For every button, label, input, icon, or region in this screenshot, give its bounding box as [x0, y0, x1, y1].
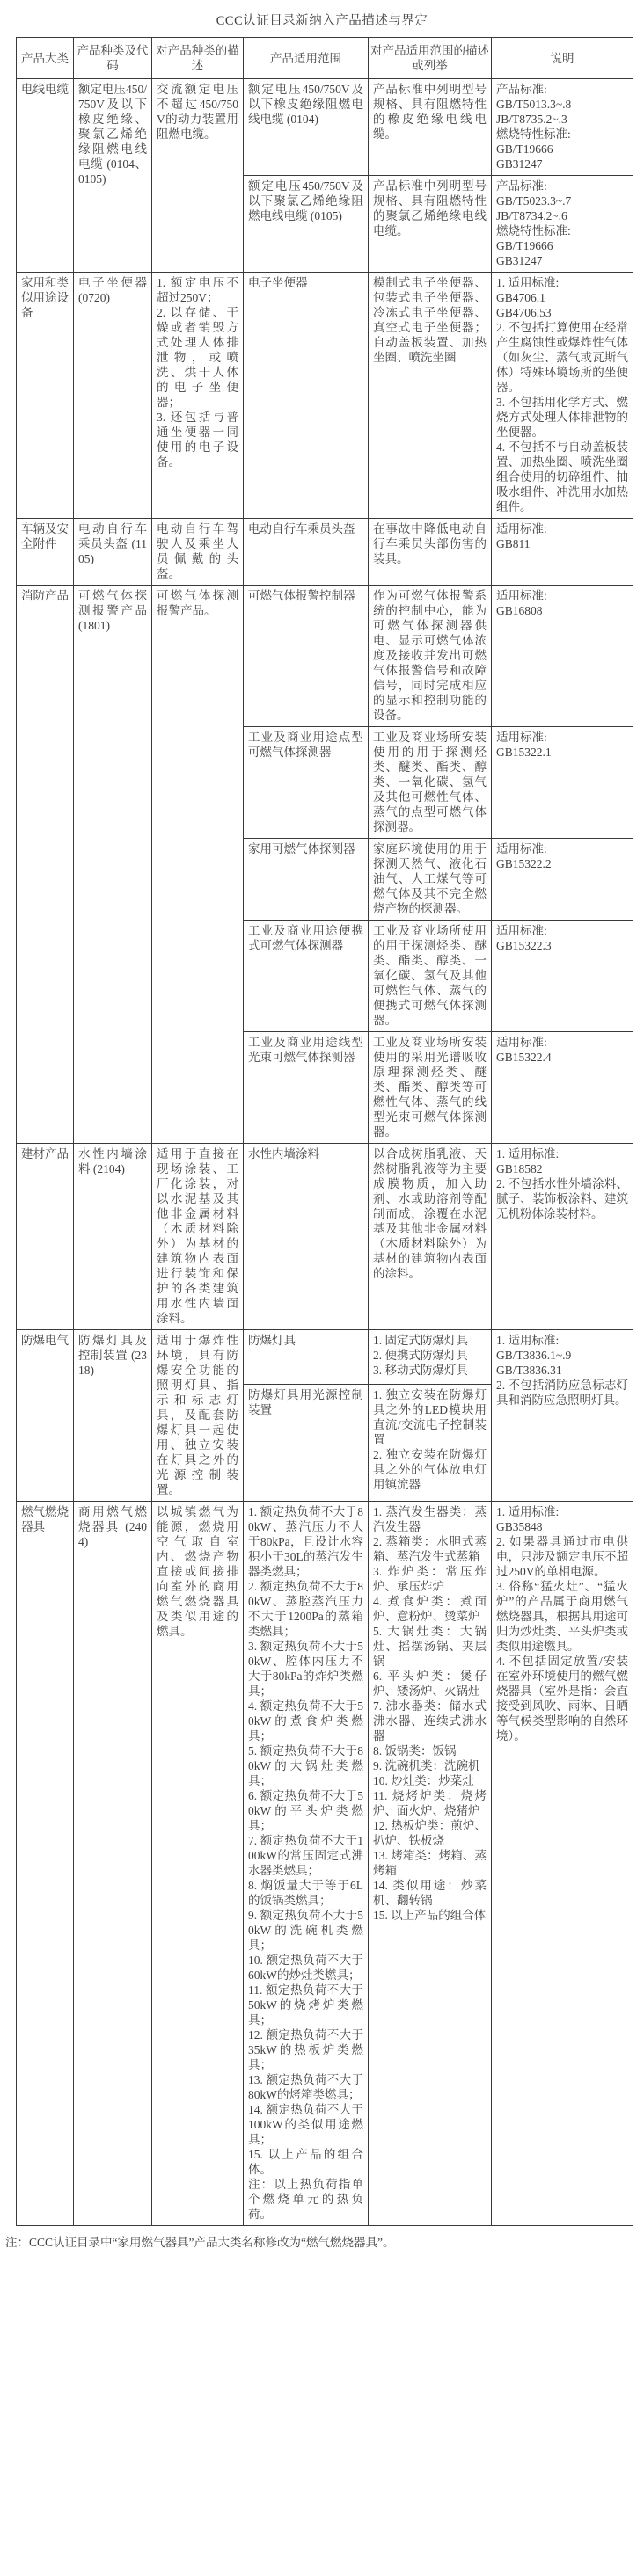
cell-kind-desc: 以城镇燃气为能源，燃烧用空气取自室内、燃烧产物直接或间接排向室外的商用燃气燃烧器… [152, 1502, 244, 2226]
cell-scope-desc: 家庭环境使用的用于探测天然气、液化石油气、人工煤气等可燃气体及其不完全燃烧产物的… [369, 839, 492, 921]
cell-scope: 工业及商业用途线型光束可燃气体探测器 [244, 1032, 369, 1144]
col-header-scope: 产品适用范围 [244, 38, 369, 79]
cell-scope: 电子坐便器 [244, 273, 369, 519]
cell-note: 1. 适用标准: GB35848 2. 如果器具通过市电供电，只涉及额定电压不超… [492, 1502, 633, 2226]
cell-note: 适用标准: GB811 [492, 519, 633, 586]
cell-note: 适用标准: GB15322.1 [492, 727, 633, 839]
cell-category: 燃气燃烧器具 [17, 1502, 74, 2226]
cell-scope-desc: 以合成树脂乳液、天然树脂乳液等为主要成膜物质，加入助剂、水或助溶剂等配制而成，涂… [369, 1144, 492, 1330]
col-header-scope-desc: 对产品适用范围的描述或列举 [369, 38, 492, 79]
cell-category: 电线电缆 [17, 79, 74, 273]
document-page: CCC认证目录新纳入产品描述与界定 产品大类 产品种类及代码 对产品种类的描述 … [0, 0, 644, 2250]
cell-scope-desc: 产品标准中列明型号规格、具有阻燃特性的橡皮绝缘电线电缆。 [369, 79, 492, 176]
col-header-category: 产品大类 [17, 38, 74, 79]
cell-scope-desc: 产品标准中列明型号规格、具有阻燃特性的聚氯乙烯绝缘电线电缆。 [369, 176, 492, 273]
product-table: 产品大类 产品种类及代码 对产品种类的描述 产品适用范围 对产品适用范围的描述或… [16, 37, 633, 2226]
cell-scope: 水性内墙涂料 [244, 1144, 369, 1330]
cell-scope: 防爆灯具 [244, 1330, 369, 1385]
cell-category: 车辆及安全附件 [17, 519, 74, 586]
cell-kind-desc: 交流额定电压不超过450/750V的动力装置用阻燃电缆。 [152, 79, 244, 273]
cell-scope: 家用可燃气体探测器 [244, 839, 369, 921]
cell-scope-desc: 作为可燃气体报警系统的控制中心，能为可燃气体探测器供电、显示可燃气体浓度及接收并… [369, 586, 492, 727]
cell-kind-desc: 适用于爆炸性环境，具有防爆安全功能的照明灯具、指示和标志灯具，及配套防爆灯具一起… [152, 1330, 244, 1502]
cell-kind: 电子坐便器 (0720) [74, 273, 152, 519]
cell-kind: 水性内墙涂料 (2104) [74, 1144, 152, 1330]
cell-scope: 防爆灯具用光源控制装置 [244, 1384, 369, 1501]
cell-scope-desc: 1. 独立安装在防爆灯具之外的LED模块用直流/交流电子控制装置 2. 独立安装… [369, 1384, 492, 1501]
cell-category: 防爆电气 [17, 1330, 74, 1502]
table-row: 燃气燃烧器具 商用燃气燃烧器具 (2404) 以城镇燃气为能源，燃烧用空气取自室… [17, 1502, 633, 2226]
cell-kind-desc: 电动自行车驾驶人及乘坐人员佩戴的头盔。 [152, 519, 244, 586]
cell-note: 产品标准: GB/T5023.3~.7 JB/T8734.2~.6 燃烧特性标准… [492, 176, 633, 273]
cell-kind-desc: 可燃气体探测报警产品。 [152, 586, 244, 1144]
col-header-note: 说明 [492, 38, 633, 79]
table-row: 电线电缆 额定电压450/750V及以下橡皮绝缘、聚氯乙烯绝缘阻燃电线电缆 (0… [17, 79, 633, 176]
cell-kind: 可燃气体探测报警产品 (1801) [74, 586, 152, 1144]
cell-note: 适用标准: GB16808 [492, 586, 633, 727]
cell-kind: 商用燃气燃烧器具 (2404) [74, 1502, 152, 2226]
cell-kind: 额定电压450/750V及以下橡皮绝缘、聚氯乙烯绝缘阻燃电线电缆 (0104、0… [74, 79, 152, 273]
cell-scope-desc: 在事故中降低电动自行车乘员头部伤害的装具。 [369, 519, 492, 586]
cell-note: 1. 适用标准: GB/T3836.1~.9 GB/T3836.31 2. 不包… [492, 1330, 633, 1502]
cell-note: 适用标准: GB15322.2 [492, 839, 633, 921]
cell-scope: 电动自行车乘员头盔 [244, 519, 369, 586]
cell-note: 适用标准: GB15322.4 [492, 1032, 633, 1144]
cell-scope-desc: 模制式电子坐便器、包装式电子坐便器、冷冻式电子坐便器、真空式电子坐便器；自动盖板… [369, 273, 492, 519]
cell-category: 消防产品 [17, 586, 74, 1144]
cell-scope-desc: 工业及商业场所使用的用于探测烃类、醚类、酯类、醇类、一氧化碳、氢气及其他可燃性气… [369, 921, 492, 1032]
cell-note: 适用标准: GB15322.3 [492, 921, 633, 1032]
table-row: 消防产品 可燃气体探测报警产品 (1801) 可燃气体探测报警产品。 可燃气体报… [17, 586, 633, 727]
cell-scope-desc: 1. 固定式防爆灯具 2. 便携式防爆灯具 3. 移动式防爆灯具 [369, 1330, 492, 1385]
cell-kind: 防爆灯具及控制装置 (2318) [74, 1330, 152, 1502]
cell-scope-desc: 工业及商业场所安装使用的采用光谱吸收原理探测烃类、醚类、酯类、醇类等可燃性气体、… [369, 1032, 492, 1144]
cell-note: 产品标准: GB/T5013.3~.8 JB/T8735.2~.3 燃烧特性标准… [492, 79, 633, 176]
table-row: 建材产品 水性内墙涂料 (2104) 适用于直接在现场涂装、工厂化涂装，对以水泥… [17, 1144, 633, 1330]
cell-category: 建材产品 [17, 1144, 74, 1330]
cell-note: 1. 适用标准: GB4706.1 GB4706.53 2. 不包括打算使用在经… [492, 273, 633, 519]
cell-note: 1. 适用标准: GB18582 2. 不包括水性外墙涂料、腻子、装饰板涂料、建… [492, 1144, 633, 1330]
page-title: CCC认证目录新纳入产品描述与界定 [0, 11, 644, 29]
cell-scope: 可燃气体报警控制器 [244, 586, 369, 727]
footnote: 注：CCC认证目录中“家用燃气器具”产品大类名称修改为“燃气燃烧器具”。 [5, 2235, 639, 2250]
table-row: 防爆电气 防爆灯具及控制装置 (2318) 适用于爆炸性环境，具有防爆安全功能的… [17, 1330, 633, 1385]
cell-scope: 额定电压450/750V及以下聚氯乙烯绝缘阻燃电线电缆 (0105) [244, 176, 369, 273]
cell-scope: 额定电压450/750V及以下橡皮绝缘阻燃电线电缆 (0104) [244, 79, 369, 176]
cell-kind-desc: 适用于直接在现场涂装、工厂化涂装，对以水泥基及其他非金属材料（木质材料除外）为基… [152, 1144, 244, 1330]
cell-category: 家用和类似用途设备 [17, 273, 74, 519]
cell-scope-desc: 工业及商业场所安装使用的用于探测烃类、醚类、酯类、醇类、一氧化碳、氢气及其他可燃… [369, 727, 492, 839]
cell-scope: 工业及商业用途便携式可燃气体探测器 [244, 921, 369, 1032]
cell-kind-desc: 1. 额定电压不超过250V； 2. 以存储、干燥或者销毁方式处理人体排泄物，或… [152, 273, 244, 519]
table-row: 车辆及安全附件 电动自行车乘员头盔 (1105) 电动自行车驾驶人及乘坐人员佩戴… [17, 519, 633, 586]
cell-scope-desc: 1. 蒸汽发生器类：蒸汽发生器 2. 蒸箱类：水胆式蒸箱、蒸汽发生式蒸箱 3. … [369, 1502, 492, 2226]
cell-scope: 工业及商业用途点型可燃气体探测器 [244, 727, 369, 839]
table-row: 家用和类似用途设备 电子坐便器 (0720) 1. 额定电压不超过250V； 2… [17, 273, 633, 519]
header-row: 产品大类 产品种类及代码 对产品种类的描述 产品适用范围 对产品适用范围的描述或… [17, 38, 633, 79]
col-header-kind: 产品种类及代码 [74, 38, 152, 79]
col-header-kind-desc: 对产品种类的描述 [152, 38, 244, 79]
cell-scope: 1. 额定热负荷不大于80kW、蒸汽压力不大于80kPa，且设计水容积小于30L… [244, 1502, 369, 2226]
cell-kind: 电动自行车乘员头盔 (1105) [74, 519, 152, 586]
